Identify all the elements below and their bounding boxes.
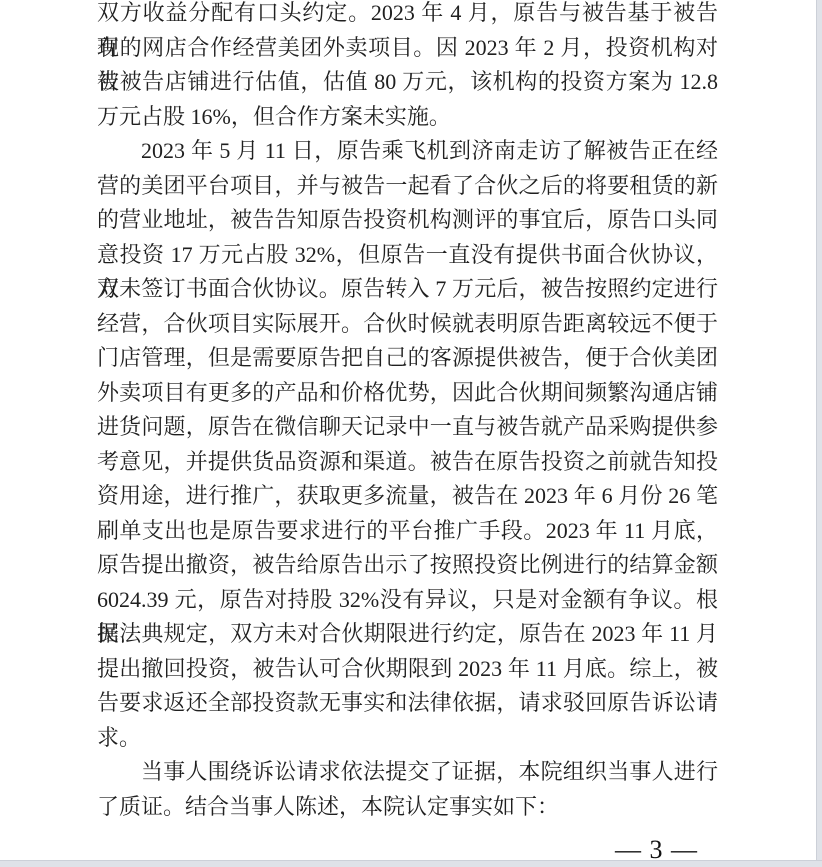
text-line: 双方收益分配有口头约定。2023 年 4 月，原告与被告基于被告现 xyxy=(97,0,718,31)
text-line: 有的网店合作经营美团外卖项目。因 2023 年 2 月，投资机构对被 xyxy=(97,31,718,66)
text-line: 方未签订书面合伙协议。原告转入 7 万元后，被告按照约定进行 xyxy=(97,272,718,307)
document-page: 双方收益分配有口头约定。2023 年 4 月，原告与被告基于被告现有的网店合作经… xyxy=(0,0,822,867)
page-edge-bottom xyxy=(0,860,822,867)
text-line: 原告提出撤资，被告给原告出示了按照投资比例进行的结算金额 xyxy=(97,548,718,583)
text-line: 门店管理，但是需要原告把自己的客源提供被告，便于合伙美团 xyxy=(97,341,718,376)
text-line: 求。 xyxy=(97,721,718,756)
text-line: 刷单支出也是原告要求进行的平台推广手段。2023 年 11 月底， xyxy=(97,514,718,549)
text-line: 提出撤回投资，被告认可合伙期限到 2023 年 11 月底。综上，被 xyxy=(97,652,718,687)
text-line: 的营业地址，被告告知原告投资机构测评的事宜后，原告口头同 xyxy=(97,203,718,238)
text-line: 6024.39 元，原告对持股 32%没有异议，只是对金额有争议。根据 xyxy=(97,583,718,618)
text-line: 经营，合伙项目实际展开。合伙时候就表明原告距离较远不便于 xyxy=(97,307,718,342)
text-line: 告被告店铺进行估值，估值 80 万元，该机构的投资方案为 12.8 xyxy=(97,65,718,100)
text-line: 进货问题，原告在微信聊天记录中一直与被告就产品采购提供参 xyxy=(97,410,718,445)
text-line: 资用途，进行推广，获取更多流量，被告在 2023 年 6 月份 26 笔 xyxy=(97,479,718,514)
text-line: 2023 年 5 月 11 日，原告乘飞机到济南走访了解被告正在经 xyxy=(97,134,718,169)
text-line: 当事人围绕诉讼请求依法提交了证据，本院组织当事人进行 xyxy=(97,755,718,790)
page-edge-right xyxy=(816,0,822,867)
text-line: 外卖项目有更多的产品和价格优势，因此合伙期间频繁沟通店铺 xyxy=(97,376,718,411)
text-line: 告要求返还全部投资款无事实和法律依据，请求驳回原告诉讼请 xyxy=(97,686,718,721)
text-line: 民法典规定，双方未对合伙期限进行约定，原告在 2023 年 11 月 xyxy=(97,617,718,652)
text-line: 营的美团平台项目，并与被告一起看了合伙之后的将要租赁的新 xyxy=(97,169,718,204)
text-line: 万元占股 16%，但合作方案未实施。 xyxy=(97,100,718,135)
judgment-text: 双方收益分配有口头约定。2023 年 4 月，原告与被告基于被告现有的网店合作经… xyxy=(97,0,718,824)
text-line: 意投资 17 万元占股 32%，但原告一直没有提供书面合伙协议，双 xyxy=(97,238,718,273)
text-line: 考意见，并提供货品资源和渠道。被告在原告投资之前就告知投 xyxy=(97,445,718,480)
text-line: 了质证。结合当事人陈述，本院认定事实如下： xyxy=(97,790,718,825)
